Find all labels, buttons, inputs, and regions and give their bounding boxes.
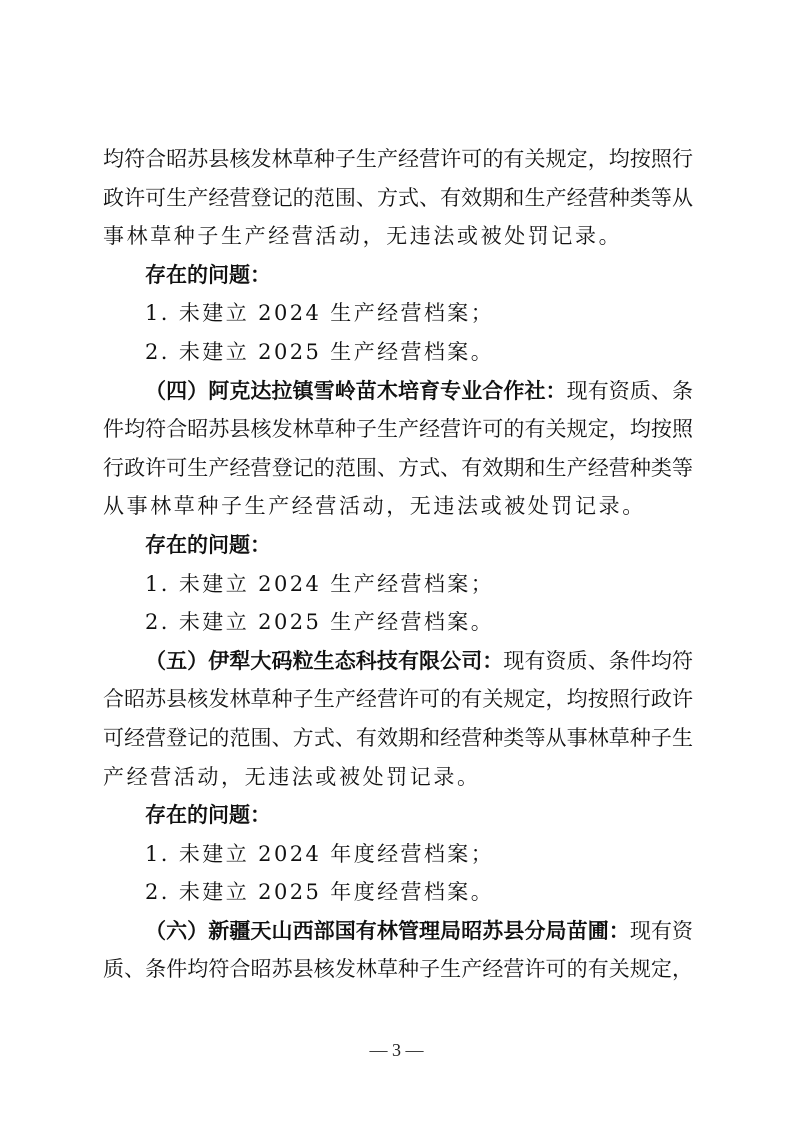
paragraph-line: 质、条件均符合昭苏县核发林草种子生产经营许可的有关规定， <box>103 950 693 989</box>
section-body-start: 现有资 <box>630 919 693 943</box>
issue-item: 2. 未建立 2025 生产经营档案。 <box>103 333 693 372</box>
issue-item: 1. 未建立 2024 生产经营档案； <box>103 565 693 604</box>
section-name: 伊犁大码粒生态科技有限公司： <box>208 649 503 673</box>
section-number: （五） <box>145 649 208 673</box>
issue-item: 2. 未建立 2025 年度经营档案。 <box>103 873 693 912</box>
paragraph-line: 政许可生产经营登记的范围、方式、有效期和生产经营种类等从 <box>103 179 693 218</box>
section-number: （四） <box>145 379 208 403</box>
document-page: 均符合昭苏县核发林草种子生产经营许可的有关规定，均按照行 政许可生产经营登记的范… <box>103 140 693 989</box>
section-heading-line: （六）新疆天山西部国有林管理局昭苏县分局苗圃：现有资 <box>103 912 693 951</box>
section-name: 新疆天山西部国有林管理局昭苏县分局苗圃： <box>208 919 630 943</box>
paragraph-line: 从事林草种子生产经营活动，无违法或被处罚记录。 <box>103 487 693 526</box>
section-number: （六） <box>145 919 208 943</box>
section-heading-line: （四）阿克达拉镇雪岭苗木培育专业合作社：现有资质、条 <box>103 372 693 411</box>
section-body-start: 现有资质、条件均符 <box>503 649 693 673</box>
issue-item: 2. 未建立 2025 生产经营档案。 <box>103 603 693 642</box>
issues-heading: 存在的问题： <box>103 256 693 295</box>
paragraph-line: 件均符合昭苏县核发林草种子生产经营许可的有关规定，均按照 <box>103 410 693 449</box>
section-name: 阿克达拉镇雪岭苗木培育专业合作社： <box>208 379 566 403</box>
paragraph-line: 可经营登记的范围、方式、有效期和经营种类等从事林草种子生 <box>103 719 693 758</box>
issue-item: 1. 未建立 2024 生产经营档案； <box>103 294 693 333</box>
paragraph-line: 事林草种子生产经营活动，无违法或被处罚记录。 <box>103 217 693 256</box>
issues-heading: 存在的问题： <box>103 526 693 565</box>
paragraph-line: 合昭苏县核发林草种子生产经营许可的有关规定，均按照行政许 <box>103 680 693 719</box>
section-body-start: 现有资质、条 <box>567 379 693 403</box>
paragraph-line: 均符合昭苏县核发林草种子生产经营许可的有关规定，均按照行 <box>103 140 693 179</box>
issue-item: 1. 未建立 2024 年度经营档案； <box>103 835 693 874</box>
paragraph-line: 行政许可生产经营登记的范围、方式、有效期和生产经营种类等 <box>103 449 693 488</box>
section-heading-line: （五）伊犁大码粒生态科技有限公司：现有资质、条件均符 <box>103 642 693 681</box>
issues-heading: 存在的问题： <box>103 796 693 835</box>
page-number: — 3 — <box>0 1040 793 1061</box>
paragraph-line: 产经营活动，无违法或被处罚记录。 <box>103 758 693 797</box>
